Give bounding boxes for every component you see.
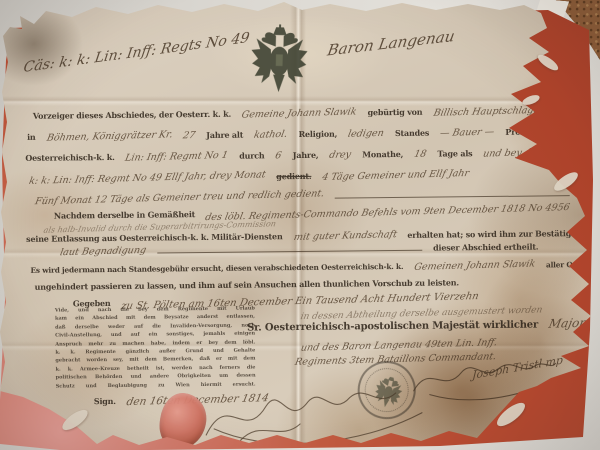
printed-text: gebürtig von: [368, 107, 423, 118]
printed-text: Monathe,: [362, 149, 403, 159]
printed-text: dieser Abschied ertheilt.: [433, 242, 538, 253]
document-content: Cäs: k: k: Lin: Inff: Regts No 49 Baron …: [0, 0, 600, 450]
handwritten-regiment: Lin: Inff: Regmt No 1: [124, 150, 229, 164]
handwritten-name: Gemeine Johann Slawik: [241, 106, 358, 120]
handwritten-age: 27: [182, 130, 196, 141]
majesty-title-line: Sr. Oesterreichisch-apostolischen Majest…: [247, 312, 591, 335]
handwritten-days: 18: [413, 149, 427, 160]
printed-text: Tage als: [437, 148, 472, 158]
handwritten-years: 6: [274, 150, 282, 161]
printed-text: Jahre,: [293, 150, 319, 160]
handwritten-status: ledigen: [347, 128, 385, 140]
printed-text: in: [27, 132, 36, 142]
printed-text: Vorzeiger dieses Abschiedes, der Oesterr…: [33, 109, 231, 121]
aged-document-paper: Cäs: k: k: Lin: Inff: Regts No 49 Baron …: [0, 0, 600, 450]
handwritten-service: 4 Täge Gemeiner und Ellf Jahr: [321, 168, 470, 183]
handwritten-region: Böhmen, Königgrätzer Kr.: [45, 129, 173, 144]
sign-label: Sign.: [94, 396, 116, 406]
printed-text: Oesterreichisch-k. k.: [25, 152, 114, 163]
blank-rule: [335, 188, 570, 198]
printed-text: durch: [239, 150, 264, 160]
fine-print-block: Vide, und nach die bey dem Regimente mit…: [55, 304, 256, 390]
blank-rule: [157, 243, 422, 254]
imperial-double-eagle-stamp-icon: [249, 24, 309, 97]
owner-header-inscription: Baron Langenau: [328, 29, 461, 56]
printed-text: Religion,: [298, 129, 337, 139]
printed-text-struck: gedient.: [276, 171, 311, 181]
photo-of-discharge-document: Cäs: k: k: Lin: Inff: Regts No 49 Baron …: [0, 0, 600, 450]
regiment-header-text: Cäs: k: k: Lin: Inff: Regts No 49: [22, 30, 250, 76]
regiment-header-inscription: Cäs: k: k: Lin: Inff: Regts No 49: [24, 32, 255, 69]
handwritten-months: drey: [328, 149, 352, 161]
handwritten-profession: — Bauer —: [439, 126, 495, 139]
owner-header-text: Baron Langenau: [326, 27, 456, 60]
handwritten-religion: kathol.: [253, 129, 288, 141]
printed-text: Standes: [395, 128, 429, 138]
printed-text: Jahre alt: [206, 130, 243, 140]
